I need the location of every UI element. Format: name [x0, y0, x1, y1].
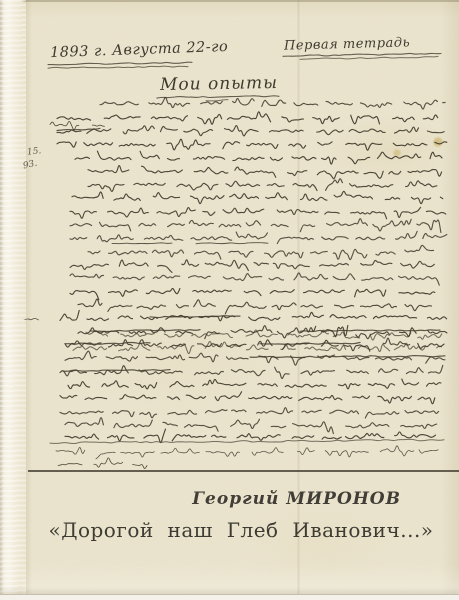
- page-bottom-edge: [0, 594, 459, 600]
- imprint-block: Георгий МИРОНОВ «Дорогой наш Глеб Иванов…: [23, 489, 459, 542]
- author-name: Георгий МИРОНОВ: [23, 489, 459, 509]
- book-title: «Дорогой наш Глеб Иванович...»: [23, 518, 459, 542]
- manuscript-title: Мои опыты: [156, 73, 282, 95]
- divider-rule: [28, 470, 459, 472]
- margin-note: 15.: [27, 146, 42, 157]
- book-cover: 1893 г. Августа 22-го Первая тетрадь Мои…: [0, 0, 459, 600]
